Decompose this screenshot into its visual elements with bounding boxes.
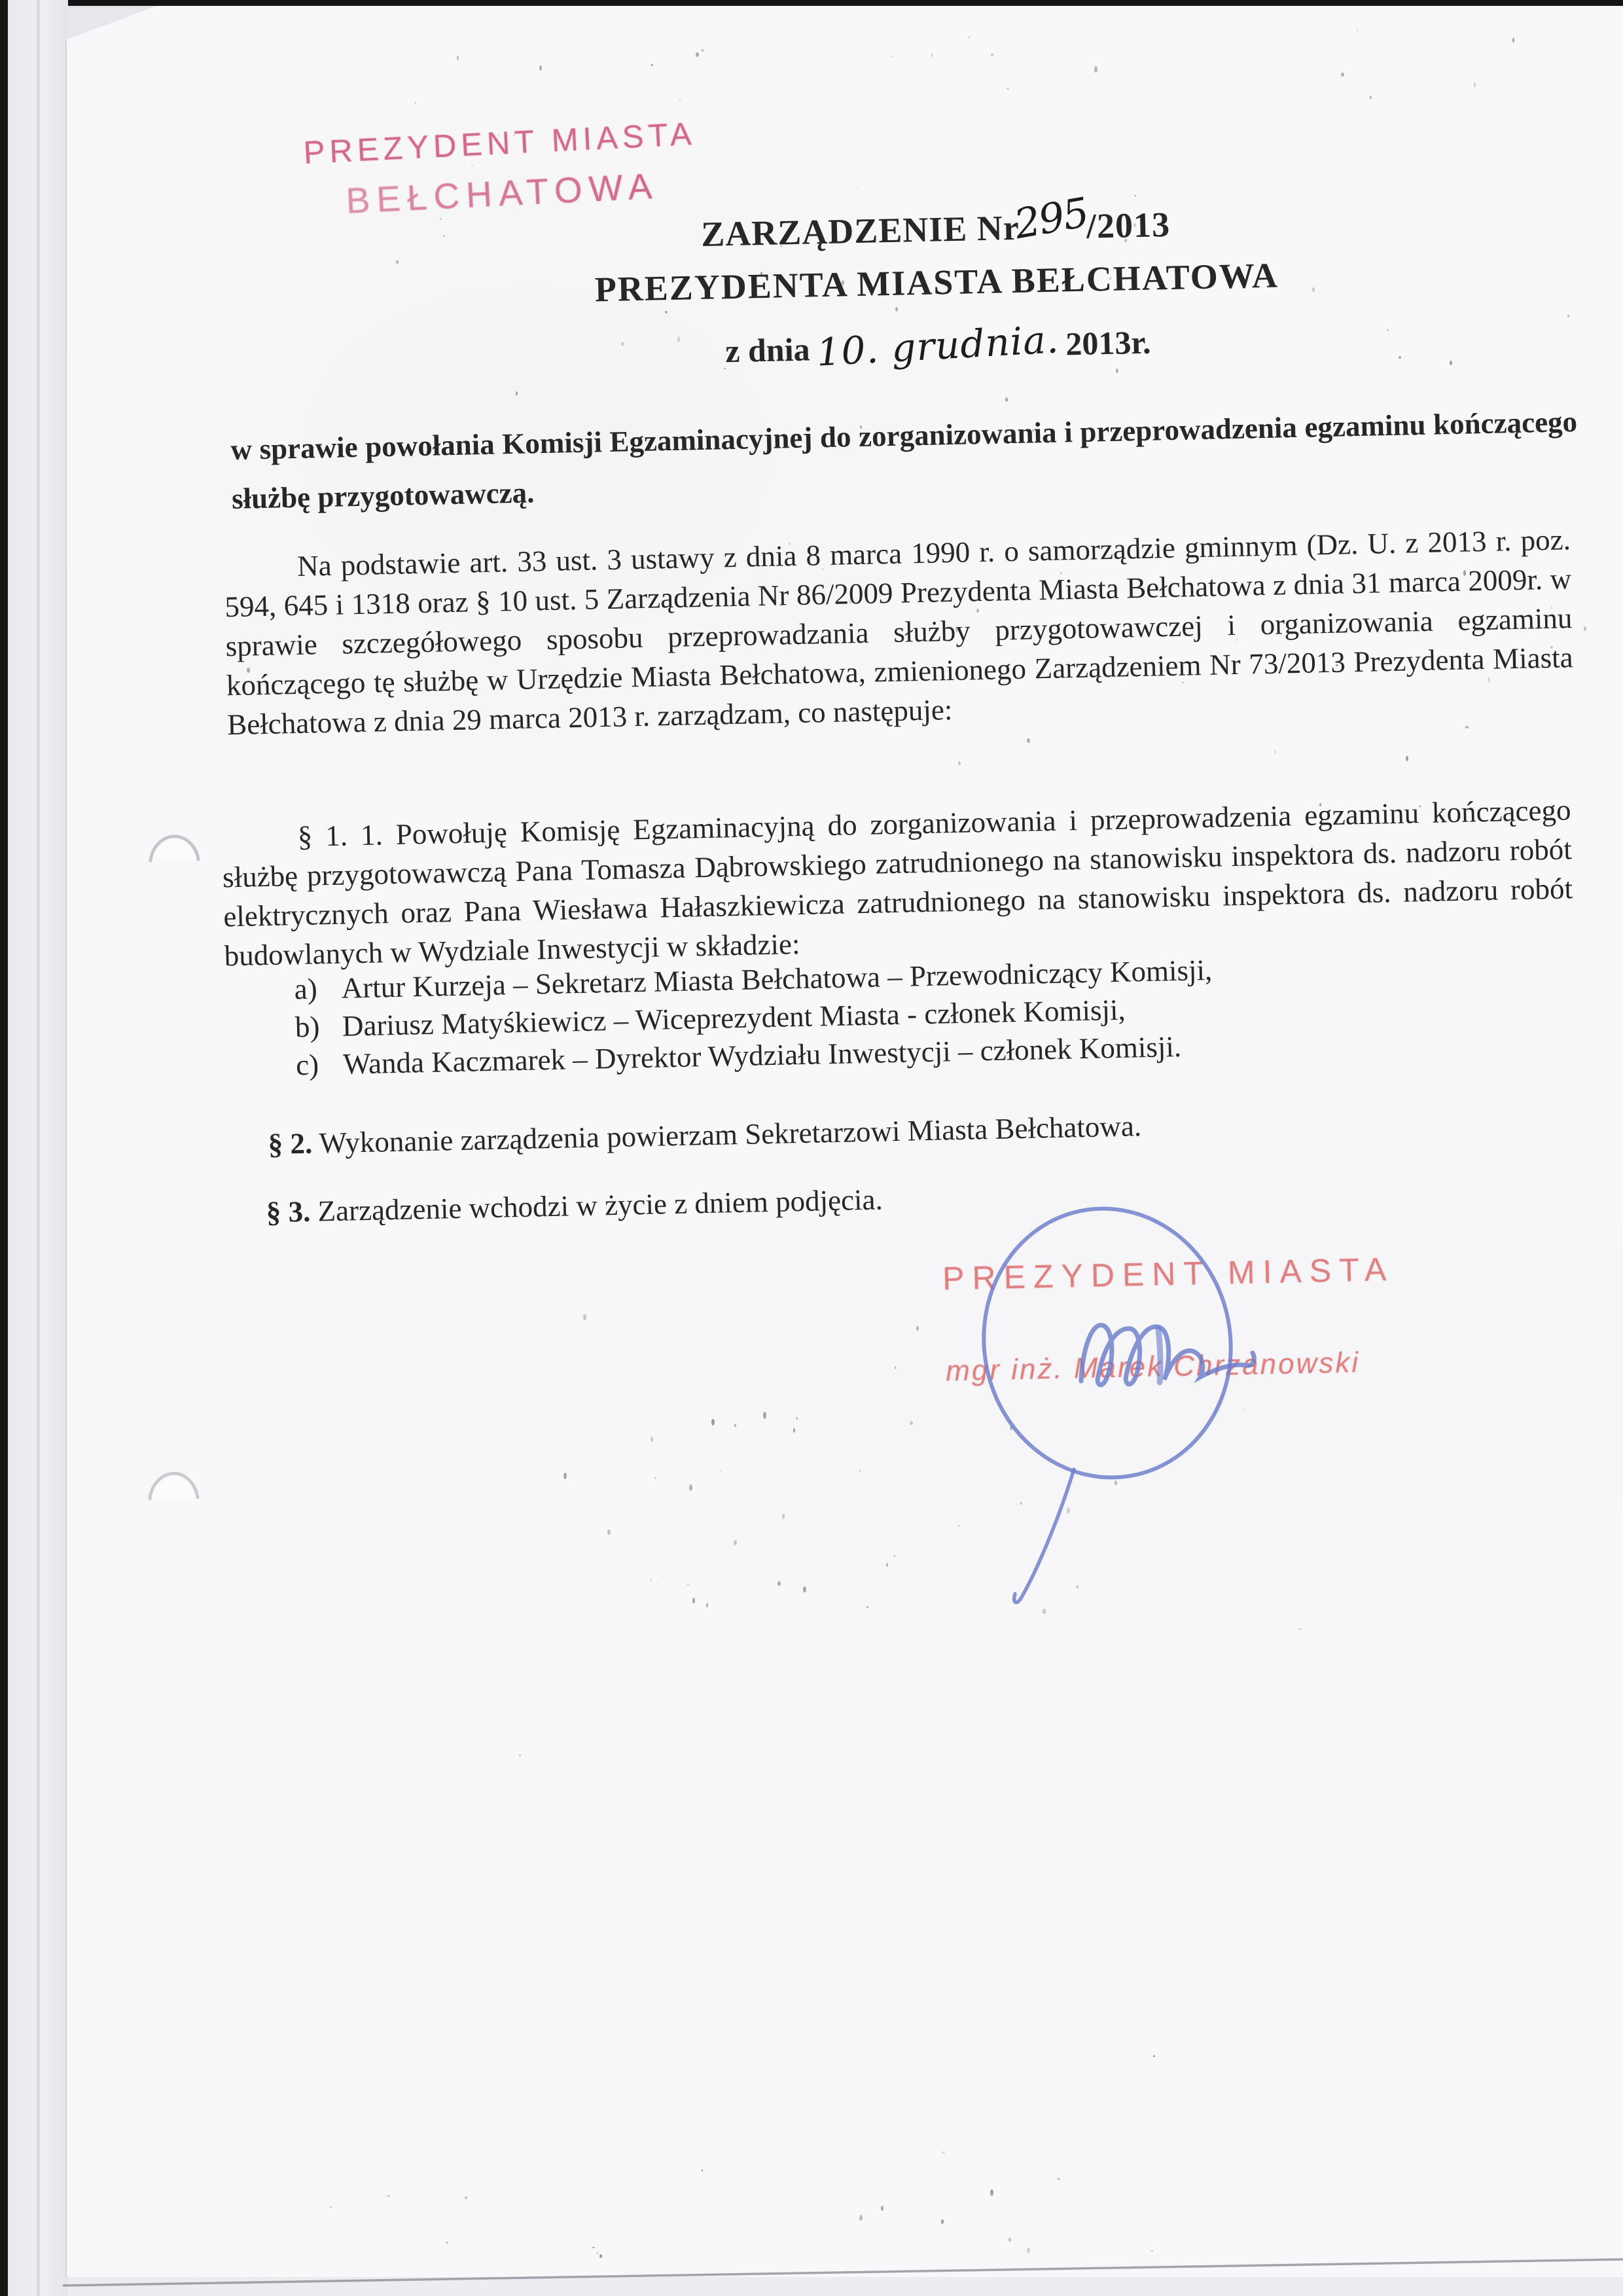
signature-stamp-name: mgr inż. Marek Chrzanowski bbox=[946, 1346, 1361, 1388]
office-stamp-top: PREZYDENT MIASTA BEŁCHATOWA bbox=[290, 115, 713, 224]
title-suffix: /2013 bbox=[1086, 205, 1170, 246]
scanner-streak bbox=[37, 0, 40, 2296]
handwritten-date: 10. grudnia. bbox=[815, 317, 1060, 375]
paragraph-2-text: Wykonanie zarządzenia powierzam Sekretar… bbox=[319, 1109, 1141, 1159]
scanned-document-page: { "stamp_top": { "line1": "PREZYDENT MIA… bbox=[0, 0, 1623, 2296]
scanner-edge-left bbox=[0, 0, 8, 2296]
list-marker: c) bbox=[296, 1047, 344, 1082]
title-prefix: ZARZĄDZENIE Nr bbox=[701, 208, 1020, 254]
paragraph-1: § 1. 1. Powołuję Komisję Egzaminacyjną d… bbox=[221, 790, 1574, 975]
document-content: PREZYDENT MIASTA BEŁCHATOWA ZARZĄDZENIE … bbox=[72, 0, 1623, 2295]
list-marker: a) bbox=[294, 971, 342, 1006]
paragraph-2-label: § 2. bbox=[268, 1127, 313, 1160]
paragraph-3-text: Zarządzenie wchodzi w życie z dniem podj… bbox=[317, 1183, 883, 1227]
list-marker: b) bbox=[294, 1009, 342, 1044]
date-prefix: z dnia bbox=[725, 331, 810, 370]
subject-paragraph: w sprawie powołania Komisji Egzaminacyjn… bbox=[230, 397, 1579, 524]
date-year: 2013r. bbox=[1065, 324, 1151, 363]
legal-basis-paragraph: Na podstawie art. 33 ust. 3 ustawy z dni… bbox=[224, 520, 1575, 744]
office-stamp-line1: PREZYDENT MIASTA bbox=[290, 115, 710, 172]
date-line: z dnia10. grudnia.2013r. bbox=[251, 308, 1623, 381]
paragraph-2: § 2. Wykonanie zarządzenia powierzam Sek… bbox=[268, 1100, 1577, 1161]
signature-stamp-title: PREZYDENT MIASTA bbox=[942, 1250, 1395, 1297]
paragraph-3-label: § 3. bbox=[266, 1195, 311, 1229]
handwritten-ordinance-number: 295 bbox=[1010, 188, 1091, 248]
paragraph-3: § 3. Zarządzenie wchodzi w życie z dniem… bbox=[266, 1168, 1575, 1229]
